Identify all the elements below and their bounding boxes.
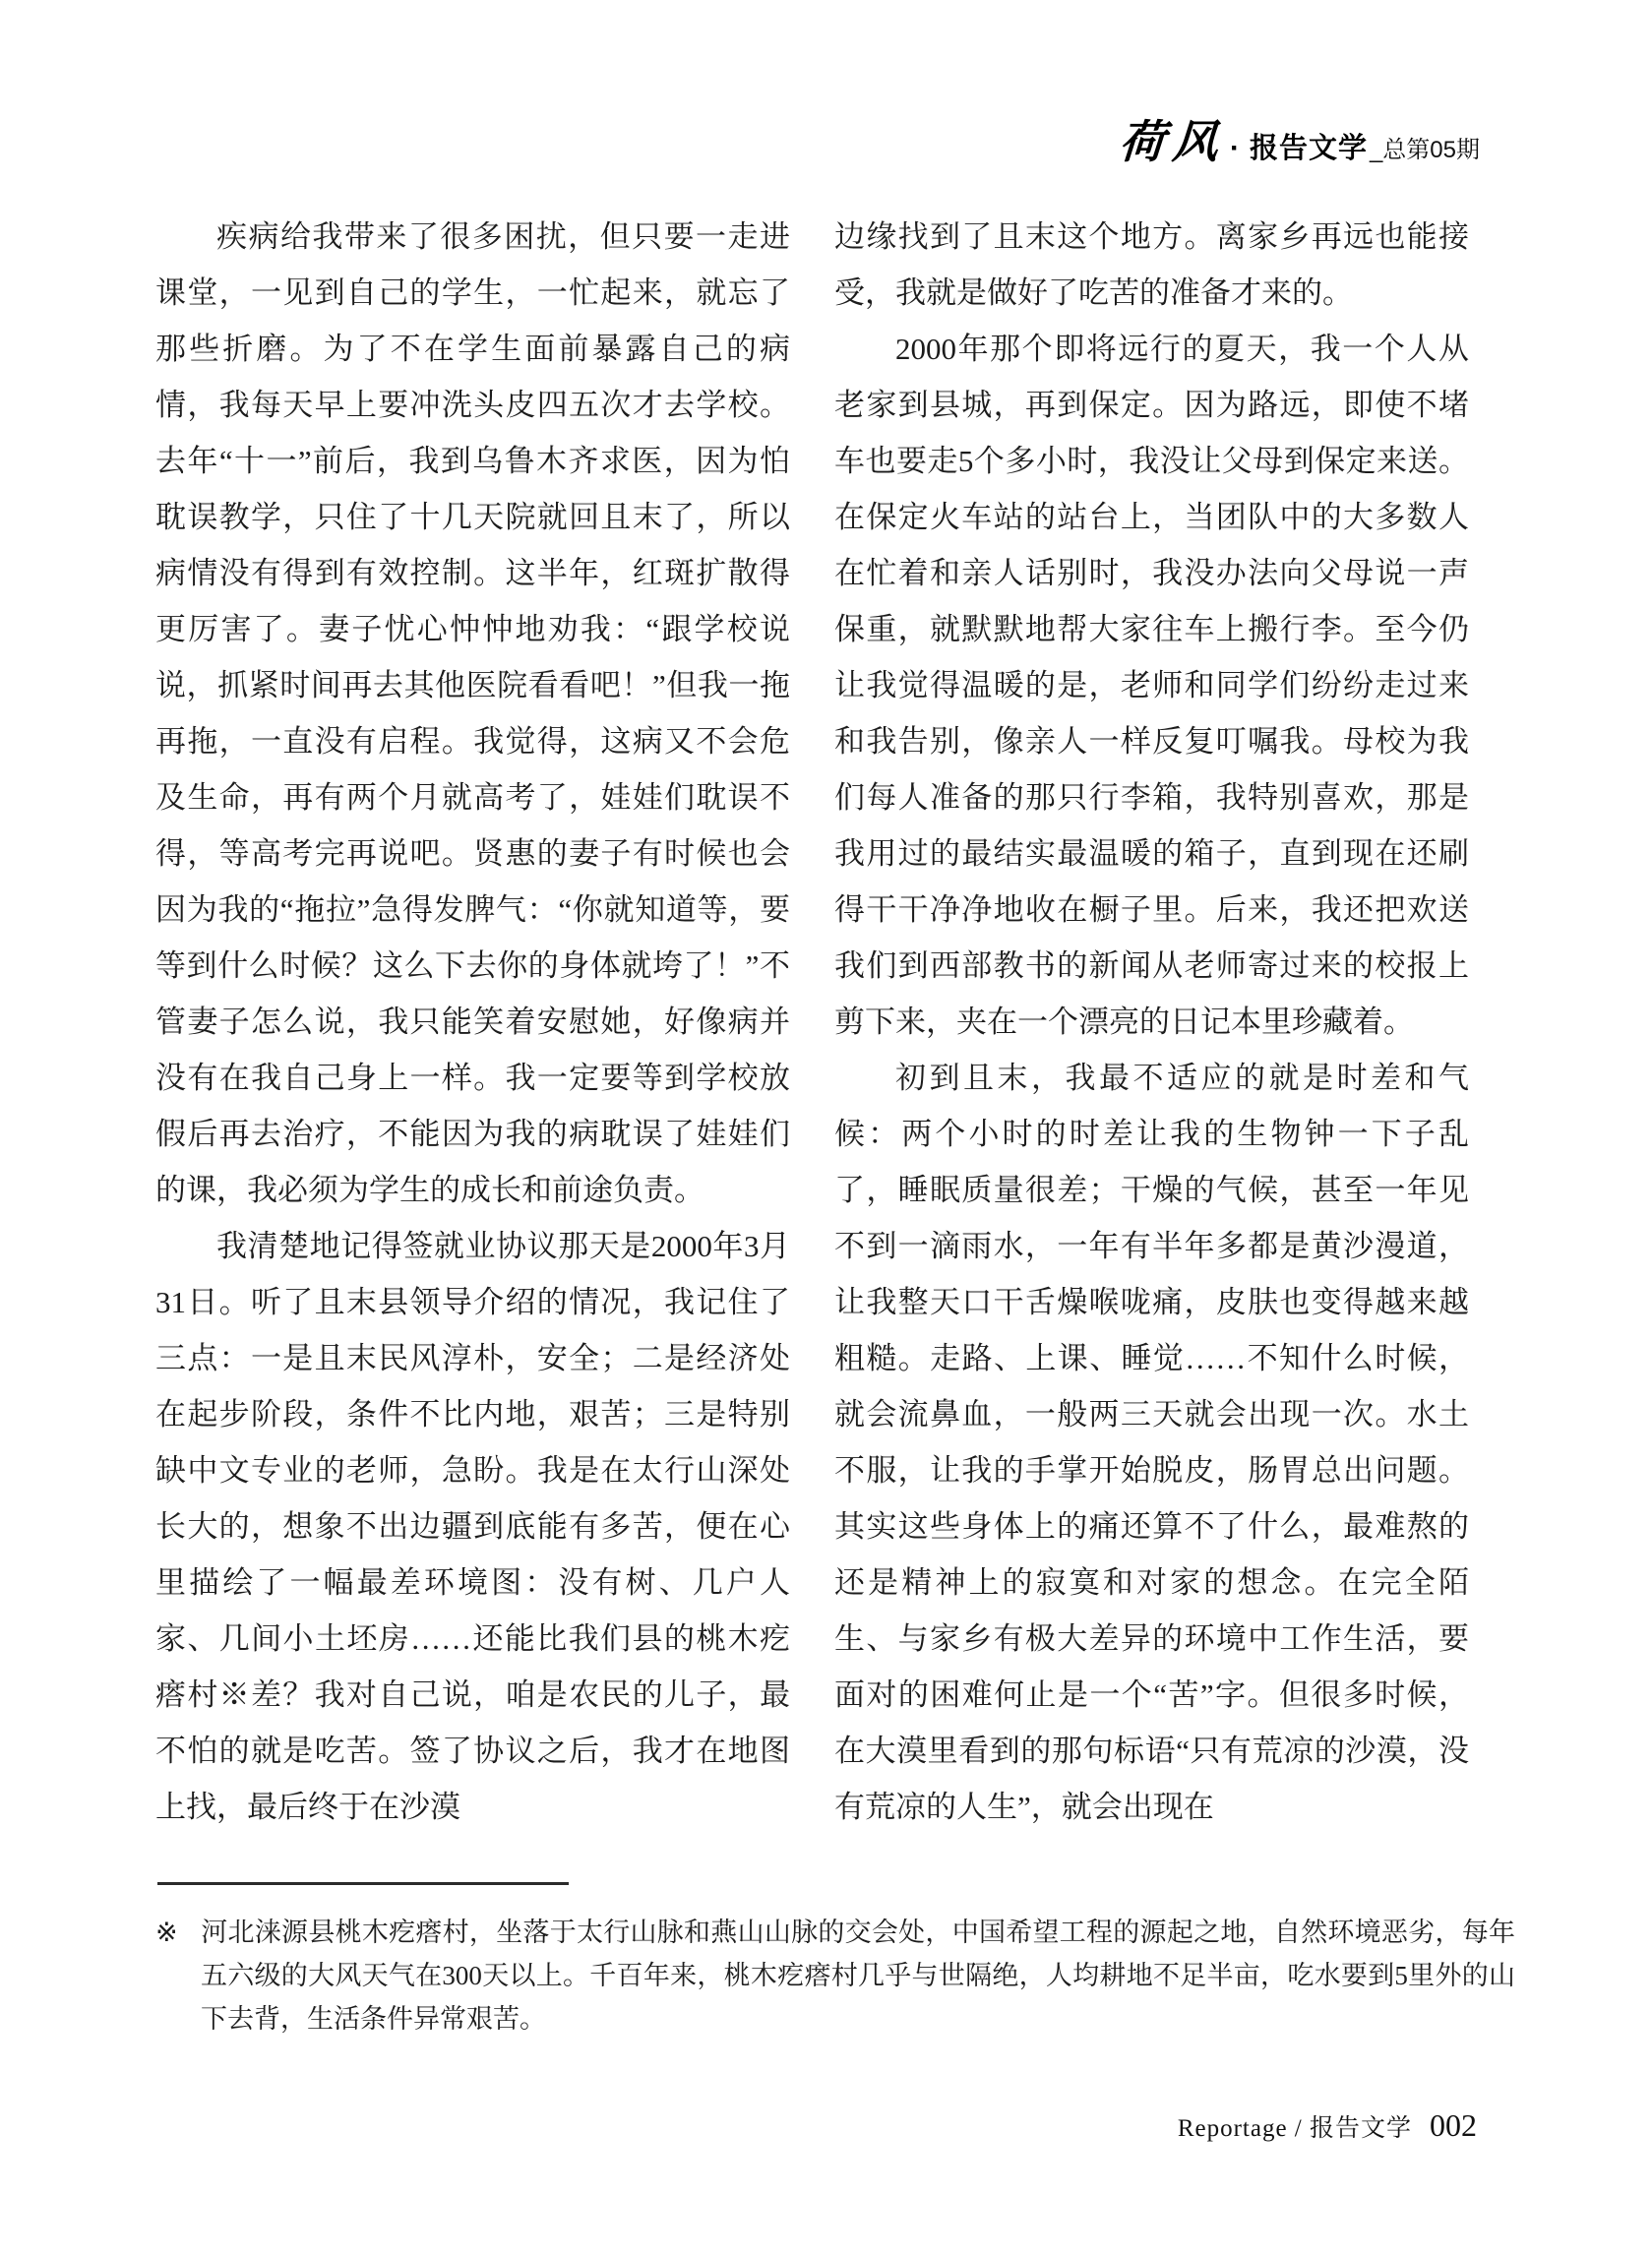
page-number: 002 — [1430, 2107, 1477, 2144]
text-column-left: 疾病给我带来了很多困扰，但只要一走进课堂，一见到自己的学生，一忙起来，就忘了那些… — [155, 209, 790, 1835]
paragraph: 初到且末，我最不适应的就是时差和气候：两个小时的时差让我的生物钟一下子乱了，睡眠… — [834, 1050, 1469, 1835]
paragraph: 疾病给我带来了很多困扰，但只要一走进课堂，一见到自己的学生，一忙起来，就忘了那些… — [155, 209, 790, 1218]
masthead-logo: 荷风 — [1118, 106, 1229, 171]
footer-label: Reportage / 报告文学 — [1178, 2108, 1412, 2144]
paragraph: 我清楚地记得签就业协议那天是2000年3月31日。听了且末县领导介绍的情况，我记… — [155, 1218, 790, 1835]
paragraph: 2000年那个即将远行的夏天，我一个人从老家到县城，再到保定。因为路远，即使不堵… — [834, 321, 1469, 1050]
footnote: ※河北涞源县桃木疙瘩村，坐落于太行山脉和燕山山脉的交会处，中国希望工程的源起之地… — [155, 1911, 1515, 2041]
issue-number: _总第05期 — [1370, 130, 1480, 164]
paragraph: 边缘找到了且末这个地方。离家乡再远也能接受，我就是做好了吃苦的准备才来的。 — [834, 209, 1469, 321]
magazine-page: 荷风 · 报告文学 _总第05期 疾病给我带来了很多困扰，但只要一走进课堂，一见… — [0, 0, 1652, 2254]
footnote-divider — [157, 1882, 569, 1885]
text-column-right: 边缘找到了且末这个地方。离家乡再远也能接受，我就是做好了吃苦的准备才来的。 20… — [834, 209, 1469, 1835]
reference-mark-icon: ※ — [155, 1911, 201, 1954]
dot-separator: · — [1230, 132, 1240, 165]
page-header: 荷风 · 报告文学 _总第05期 — [1120, 106, 1480, 171]
page-footer: Reportage / 报告文学 002 — [1178, 2107, 1477, 2144]
footnote-text: 河北涞源县桃木疙瘩村，坐落于太行山脉和燕山山脉的交会处，中国希望工程的源起之地，… — [201, 1918, 1515, 2034]
article-body: 疾病给我带来了很多困扰，但只要一走进课堂，一见到自己的学生，一忙起来，就忘了那些… — [155, 209, 1469, 1835]
section-title: 报告文学 — [1250, 126, 1368, 166]
